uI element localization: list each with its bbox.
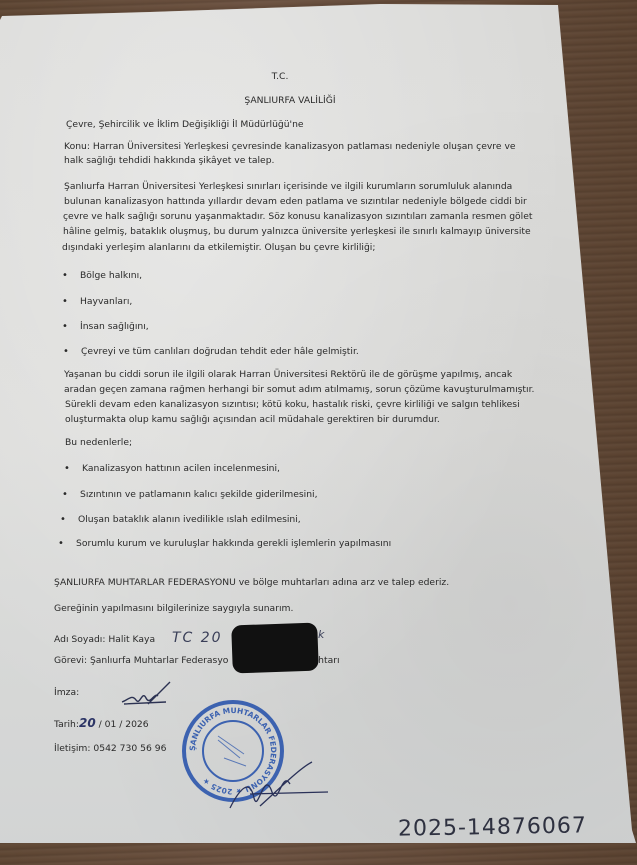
list-item: Oluşan bataklık alanın ivedilikle ıslah … xyxy=(60,512,301,527)
header-tc: T.C. xyxy=(0,70,560,84)
list-item: Çevreyi ve tüm canlıları doğrudan tehdit… xyxy=(63,344,359,359)
contact-field: İletişim: 0542 730 56 96 xyxy=(54,742,166,756)
list-item: Bölge halkını, xyxy=(62,268,142,283)
role-field: Görevi: Şanlıurfa Muhtarlar Federasyo xyxy=(54,654,228,668)
list-item: İnsan sağlığını, xyxy=(62,319,149,334)
reasons-intro: Bu nedenlerle; xyxy=(65,436,132,450)
list-item: Hayvanları, xyxy=(62,294,132,309)
date-field: Tarih:20 / 01 / 2026 xyxy=(54,714,149,732)
tc-number-suffix: k xyxy=(318,627,324,644)
stamp-signature xyxy=(220,748,330,818)
list-item: Sorumlu kurum ve kuruluşlar hakkında ger… xyxy=(58,536,391,551)
header-governorship: ŞANLIURFA VALİLİĞİ xyxy=(10,94,570,108)
list-item: Sızıntının ve patlamanın kalıcı şekilde … xyxy=(62,487,318,502)
reference-number: 2025-14876067 xyxy=(398,809,587,845)
name-label: Adı Soyadı: Halit Kaya xyxy=(54,634,155,645)
recipient: Çevre, Şehircilik ve İklim Değişikliği İ… xyxy=(66,118,304,132)
petition-document: T.C. ŞANLIURFA VALİLİĞİ Çevre, Şehircili… xyxy=(0,0,637,865)
closing-federation: ŞANLIURFA MUHTARLAR FEDERASYONU ve bölge… xyxy=(54,576,449,590)
closing-respect: Gereğinin yapılmasını bilgilerinize sayg… xyxy=(54,602,293,616)
list-item: Kanalizasyon hattının acilen incelenmesi… xyxy=(64,461,280,476)
name-field: Adı Soyadı: Halit Kaya TC 20 xyxy=(54,628,223,649)
subject-line-1: Konu: Harran Üniversitesi Yerleşkesi çev… xyxy=(64,140,516,154)
date-day-handwritten: 20 xyxy=(79,716,96,730)
signature-label: İmza: xyxy=(54,686,79,700)
tc-number-handwritten: TC 20 xyxy=(172,630,223,646)
redaction-mark xyxy=(231,623,319,674)
signature-mark xyxy=(118,680,178,710)
subject-line-2: halk sağlığı tehdidi hakkında şikâyet ve… xyxy=(64,154,274,168)
